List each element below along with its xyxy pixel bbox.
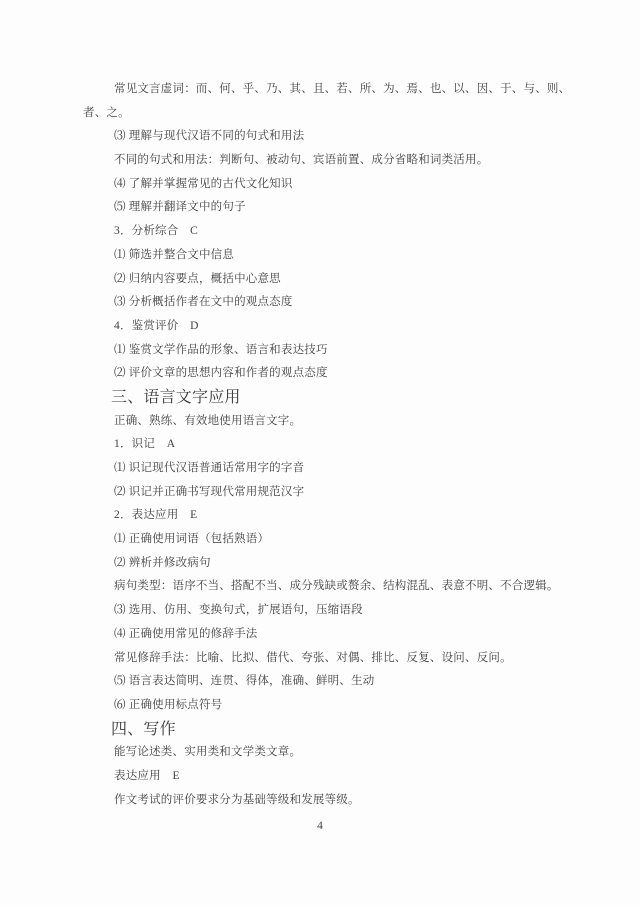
text-line: 者、之。 (83, 102, 585, 126)
text-line: 1．识记 A (83, 433, 585, 457)
text-line: ⑴ 筛选并整合文中信息 (83, 244, 585, 268)
text-line: 作文考试的评价要求分为基础等级和发展等级。 (83, 789, 585, 813)
text-line: 正确、熟练、有效地使用语言文字。 (83, 410, 585, 434)
text-line: ⑸ 理解并翻译文中的句子 (83, 196, 585, 220)
text-line: ⑵ 评价文章的思想内容和作者的观点态度 (83, 362, 585, 386)
text-line: ⑶ 理解与现代汉语不同的句式和用法 (83, 125, 585, 149)
text-line: 不同的句式和用法：判断句、被动句、宾语前置、成分省略和词类活用。 (83, 149, 585, 173)
text-line: 能写论述类、实用类和文学类文章。 (83, 741, 585, 765)
text-line: ⑹ 正确使用标点符号 (83, 694, 585, 718)
text-line: 2．表达应用 E (83, 504, 585, 528)
text-line: 常见文言虚词：而、何、乎、乃、其、且、若、所、为、焉、也、以、因、于、与、则、 (83, 78, 585, 102)
text-line: 表达应用 E (83, 765, 585, 789)
document-text-block: 常见文言虚词：而、何、乎、乃、其、且、若、所、为、焉、也、以、因、于、与、则、者… (0, 0, 640, 812)
text-line: ⑸ 语言表达简明、连贯、得体，准确、鲜明、生动 (83, 670, 585, 694)
text-line: ⑴ 正确使用词语（包括熟语） (83, 528, 585, 552)
text-line: ⑷ 正确使用常见的修辞手法 (83, 623, 585, 647)
text-line: ⑷ 了解并掌握常见的古代文化知识 (83, 173, 585, 197)
section-heading: 四、写作 (83, 718, 585, 742)
section-heading: 三、语言文字应用 (83, 386, 585, 410)
text-line: ⑵ 辨析并修改病句 (83, 552, 585, 576)
text-line: ⑴ 识记现代汉语普通话常用字的字音 (83, 457, 585, 481)
text-line: ⑶ 分析概括作者在文中的观点态度 (83, 291, 585, 315)
text-line: 病句类型：语序不当、搭配不当、成分残缺或赘余、结构混乱、表意不明、不合逻辑。 (83, 575, 585, 599)
text-line: 3．分析综合 C (83, 220, 585, 244)
text-line: ⑵ 识记并正确书写现代常用规范汉字 (83, 481, 585, 505)
text-line: 常见修辞手法：比喻、比拟、借代、夸张、对偶、排比、反复、设问、反问。 (83, 647, 585, 671)
text-line: ⑴ 鉴赏文学作品的形象、语言和表达技巧 (83, 339, 585, 363)
document-page: 常见文言虚词：而、何、乎、乃、其、且、若、所、为、焉、也、以、因、于、与、则、者… (0, 0, 640, 905)
text-line: 4．鉴赏评价 D (83, 315, 585, 339)
text-line: ⑵ 归纳内容要点，概括中心意思 (83, 268, 585, 292)
text-line: ⑶ 选用、仿用、变换句式，扩展语句，压缩语段 (83, 599, 585, 623)
page-number: 4 (0, 816, 640, 836)
